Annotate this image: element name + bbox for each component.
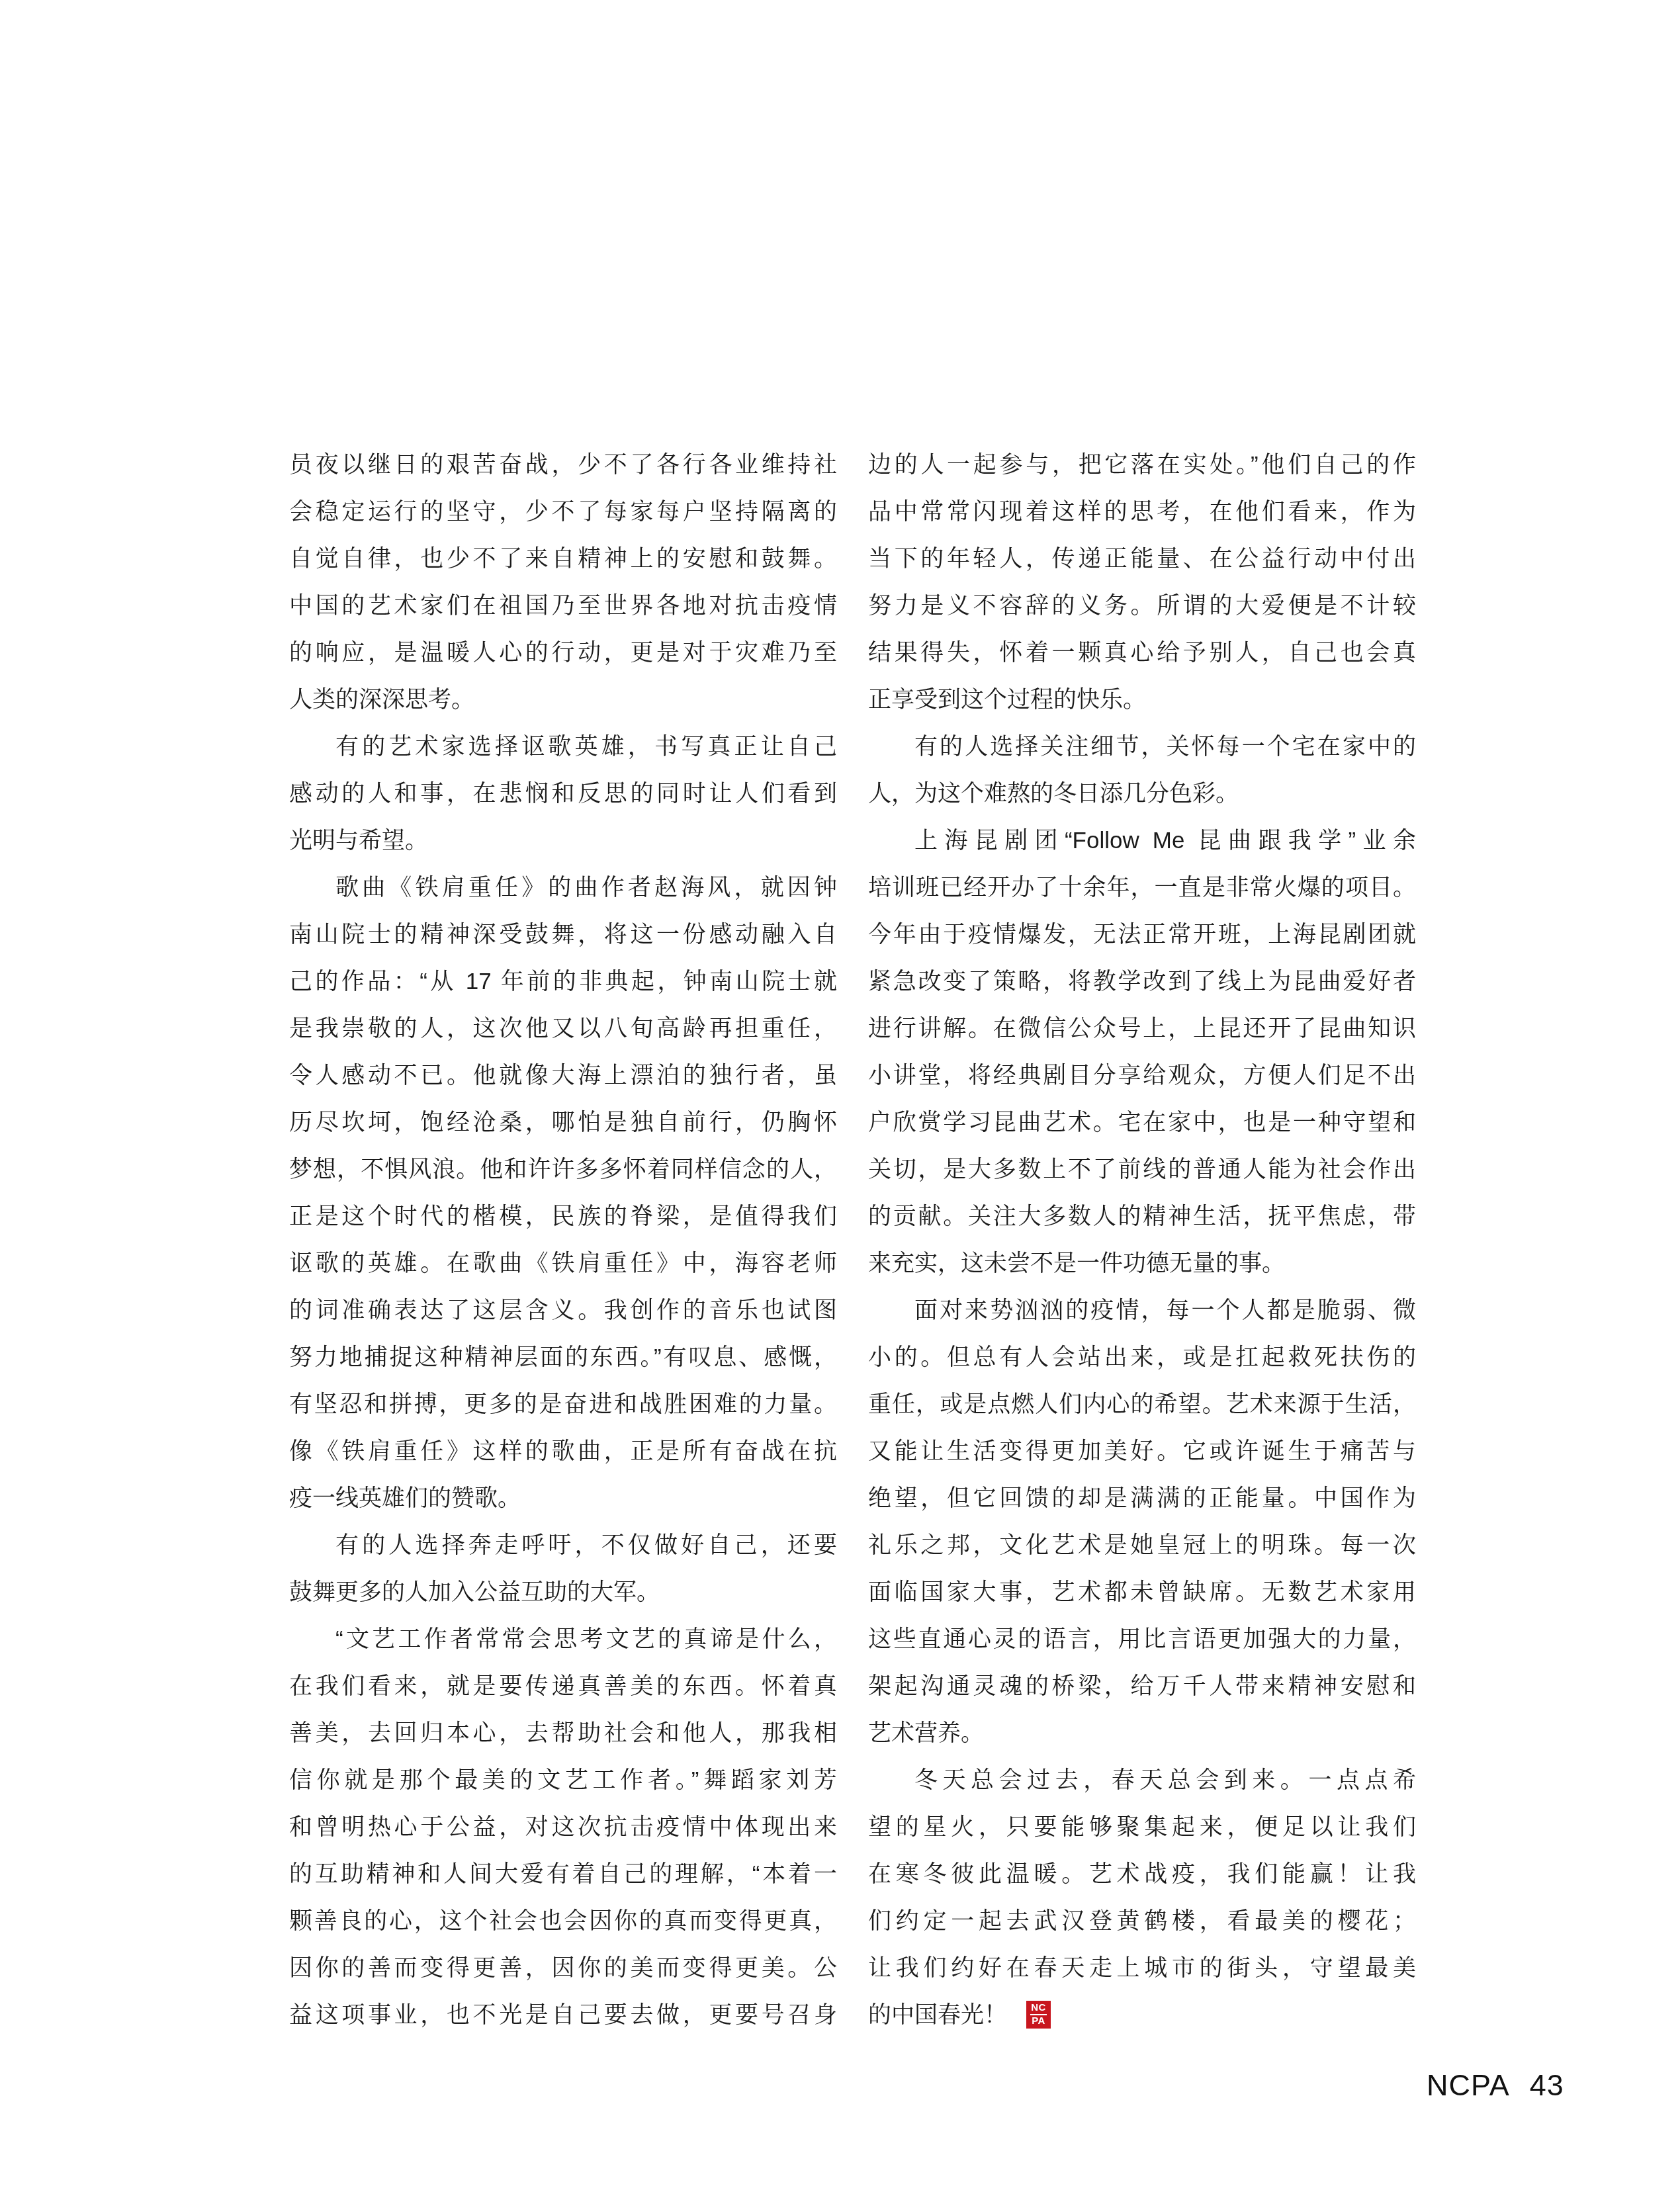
text-line: 有的艺术家选择讴歌英雄，书写真正让自己 xyxy=(289,723,837,770)
text-line: 的中国春光！ xyxy=(868,1991,1416,2038)
text-line: 礼乐之邦，文化艺术是她皇冠上的明珠。每一次 xyxy=(868,1522,1416,1569)
magazine-page: 员夜以继日的艰苦奋战，少不了各行各业维持社会稳定运行的坚守，少不了每家每户坚持隔… xyxy=(0,0,1680,2188)
text-line: 上海昆剧团“Follow Me 昆曲跟我学”业余 xyxy=(868,817,1416,864)
text-line: 面对来势汹汹的疫情，每一个人都是脆弱、微 xyxy=(868,1287,1416,1334)
text-line: 和曾明热心于公益，对这次抗击疫情中体现出来 xyxy=(289,1804,837,1851)
text-line: 艺术营养。 xyxy=(868,1710,1416,1757)
text-line: 今年由于疫情爆发，无法正常开班，上海昆剧团就 xyxy=(868,911,1416,958)
text-line: 重任，或是点燃人们内心的希望。艺术来源于生活， xyxy=(868,1381,1416,1428)
text-line: 冬天总会过去，春天总会到来。一点点希 xyxy=(868,1757,1416,1804)
text-line: 正享受到这个过程的快乐。 xyxy=(868,676,1416,723)
text-line: 歌曲《铁肩重任》的曲作者赵海风，就因钟 xyxy=(289,864,837,911)
text-line: “文艺工作者常常会思考文艺的真谛是什么， xyxy=(289,1616,837,1663)
text-line: 让我们约好在春天走上城市的街头，守望最美 xyxy=(868,1945,1416,1991)
text-line: 中国的艺术家们在祖国乃至世界各地对抗击疫情 xyxy=(289,582,837,629)
text-line: 们约定一起去武汉登黄鹤楼，看最美的樱花； xyxy=(868,1898,1416,1945)
ncpa-seal-bottom-text: PA xyxy=(1032,2015,1045,2027)
text-line: 在我们看来，就是要传递真善美的东西。怀着真 xyxy=(289,1663,837,1710)
text-line: 边的人一起参与，把它落在实处。”他们自己的作 xyxy=(868,441,1416,488)
journal-name: NCPA xyxy=(1427,2068,1510,2103)
text-line: 益这项事业，也不光是自己要去做，更要号召身 xyxy=(289,1991,837,2038)
text-line: 己的作品：“从 17 年前的非典起，钟南山院士就 xyxy=(289,958,837,1005)
text-line: 架起沟通灵魂的桥梁，给万千人带来精神安慰和 xyxy=(868,1663,1416,1710)
text-line: 的响应，是温暖人心的行动，更是对于灾难乃至 xyxy=(289,629,837,676)
text-line: 又能让生活变得更加美好。它或许诞生于痛苦与 xyxy=(868,1428,1416,1475)
text-line: 梦想，不惧风浪。他和许许多多怀着同样信念的人， xyxy=(289,1146,837,1193)
text-line: 在寒冬彼此温暖。艺术战疫，我们能赢！让我 xyxy=(868,1851,1416,1898)
text-line: 努力是义不容辞的义务。所谓的大爱便是不计较 xyxy=(868,582,1416,629)
text-line: 疫一线英雄们的赞歌。 xyxy=(289,1475,837,1522)
text-line: 的贡献。关注大多数人的精神生活，抚平焦虑，带 xyxy=(868,1193,1416,1240)
text-line: 品中常常闪现着这样的思考，在他们看来，作为 xyxy=(868,488,1416,535)
text-line: 来充实，这未尝不是一件功德无量的事。 xyxy=(868,1240,1416,1287)
text-line: 历尽坎坷，饱经沧桑，哪怕是独自前行，仍胸怀 xyxy=(289,1099,837,1146)
text-line: 培训班已经开办了十余年，一直是非常火爆的项目。 xyxy=(868,864,1416,911)
text-line: 光明与希望。 xyxy=(289,817,837,864)
text-line: 结果得失，怀着一颗真心给予别人，自己也会真 xyxy=(868,629,1416,676)
text-line: 有的人选择奔走呼吁，不仅做好自己，还要 xyxy=(289,1522,837,1569)
text-line: 紧急改变了策略，将教学改到了线上为昆曲爱好者 xyxy=(868,958,1416,1005)
text-line: 令人感动不已。他就像大海上漂泊的独行者，虽 xyxy=(289,1052,837,1099)
text-line: 小讲堂，将经典剧目分享给观众，方便人们足不出 xyxy=(868,1052,1416,1099)
text-line: 因你的善而变得更善，因你的美而变得更美。公 xyxy=(289,1945,837,1991)
text-line: 是我崇敬的人，这次他又以八旬高龄再担重任， xyxy=(289,1005,837,1052)
text-line: 这些直通心灵的语言，用比言语更加强大的力量， xyxy=(868,1616,1416,1663)
text-line: 有的人选择关注细节，关怀每一个宅在家中的 xyxy=(868,723,1416,770)
text-line: 正是这个时代的楷模，民族的脊梁，是值得我们 xyxy=(289,1193,837,1240)
text-line: 会稳定运行的坚守，少不了每家每户坚持隔离的 xyxy=(289,488,837,535)
text-line: 面临国家大事，艺术都未曾缺席。无数艺术家用 xyxy=(868,1569,1416,1616)
text-line: 的互助精神和人间大爱有着自己的理解，“本着一 xyxy=(289,1851,837,1898)
ncpa-seal-top-text: NC xyxy=(1030,2002,1047,2015)
text-line: 有坚忍和拼搏，更多的是奋进和战胜困难的力量。 xyxy=(289,1381,837,1428)
text-line: 鼓舞更多的人加入公益互助的大军。 xyxy=(289,1569,837,1616)
text-line: 努力地捕捉这种精神层面的东西。”有叹息、感慨， xyxy=(289,1334,837,1381)
text-line: 关切，是大多数上不了前线的普通人能为社会作出 xyxy=(868,1146,1416,1193)
text-line: 自觉自律，也少不了来自精神上的安慰和鼓舞。 xyxy=(289,535,837,582)
text-line: 信你就是那个最美的文艺工作者。”舞蹈家刘芳 xyxy=(289,1757,837,1804)
text-line: 进行讲解。在微信公众号上，上昆还开了昆曲知识 xyxy=(868,1005,1416,1052)
text-line: 善美，去回归本心，去帮助社会和他人，那我相 xyxy=(289,1710,837,1757)
text-line: 员夜以继日的艰苦奋战，少不了各行各业维持社 xyxy=(289,441,837,488)
page-number: 43 xyxy=(1530,2068,1564,2103)
text-line: 像《铁肩重任》这样的歌曲，正是所有奋战在抗 xyxy=(289,1428,837,1475)
text-line: 南山院士的精神深受鼓舞，将这一份感动融入自 xyxy=(289,911,837,958)
text-line: 小的。但总有人会站出来，或是扛起救死扶伤的 xyxy=(868,1334,1416,1381)
text-column-right: 边的人一起参与，把它落在实处。”他们自己的作品中常常闪现着这样的思考，在他们看来… xyxy=(868,441,1416,2038)
text-line: 颗善良的心，这个社会也会因你的真而变得更真， xyxy=(289,1898,837,1945)
text-line: 户欣赏学习昆曲艺术。宅在家中，也是一种守望和 xyxy=(868,1099,1416,1146)
text-line: 感动的人和事，在悲悯和反思的同时让人们看到 xyxy=(289,770,837,817)
page-footer: NCPA 43 xyxy=(1427,2068,1564,2103)
ncpa-seal: NC PA xyxy=(1026,2001,1051,2029)
text-column-left: 员夜以继日的艰苦奋战，少不了各行各业维持社会稳定运行的坚守，少不了每家每户坚持隔… xyxy=(289,441,837,2038)
text-line: 的词准确表达了这层含义。我创作的音乐也试图 xyxy=(289,1287,837,1334)
text-line: 讴歌的英雄。在歌曲《铁肩重任》中，海容老师 xyxy=(289,1240,837,1287)
text-line: 人类的深深思考。 xyxy=(289,676,837,723)
text-line: 人，为这个难熬的冬日添几分色彩。 xyxy=(868,770,1416,817)
text-line: 当下的年轻人，传递正能量、在公益行动中付出 xyxy=(868,535,1416,582)
text-line: 望的星火，只要能够聚集起来，便足以让我们 xyxy=(868,1804,1416,1851)
text-line: 绝望，但它回馈的却是满满的正能量。中国作为 xyxy=(868,1475,1416,1522)
